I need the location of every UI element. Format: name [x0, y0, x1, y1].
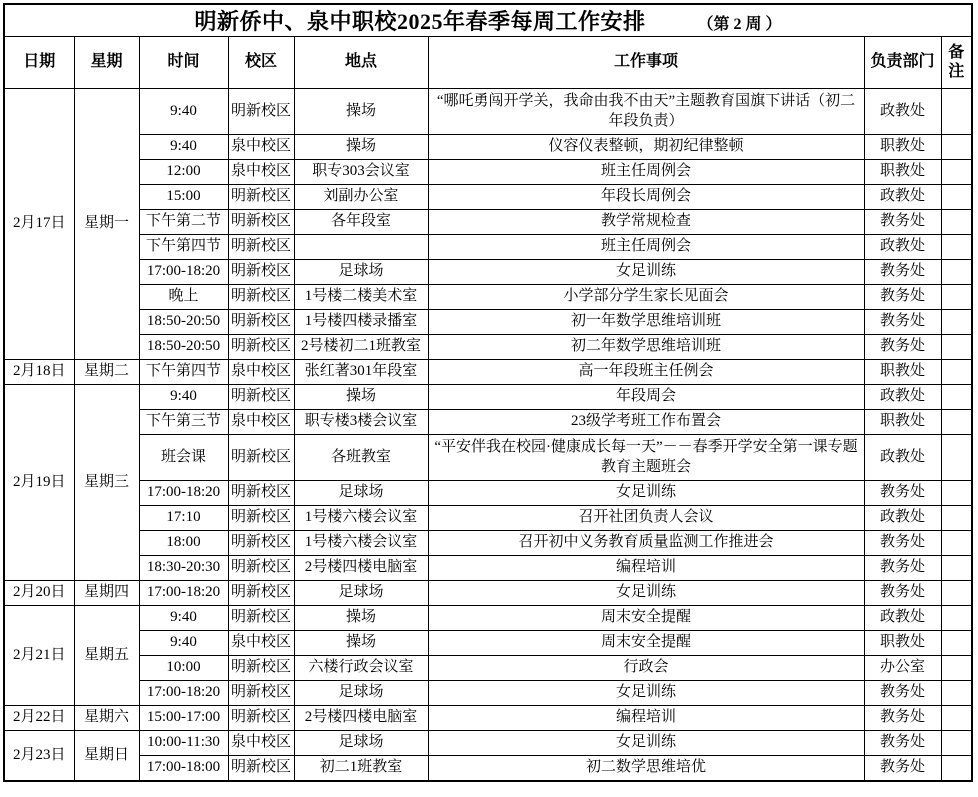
time-cell: 17:00-18:20	[139, 681, 228, 706]
dept-cell: 教务处	[864, 531, 941, 556]
campus-cell: 明新校区	[228, 531, 294, 556]
campus-cell: 泉中校区	[228, 731, 294, 756]
work-item-cell: 编程培训	[428, 706, 864, 731]
campus-cell: 明新校区	[228, 681, 294, 706]
campus-cell: 明新校区	[228, 235, 294, 260]
dept-cell: 政教处	[864, 385, 941, 410]
place-cell: 1号楼四楼录播室	[294, 310, 428, 335]
schedule-row: 2月17日星期一9:40明新校区操场“哪吒勇闯开学关，我命由我不由天”主题教育国…	[4, 89, 972, 135]
place-cell: 刘副办公室	[294, 185, 428, 210]
place-cell: 足球场	[294, 581, 428, 606]
schedule-row: 2月21日星期五9:40明新校区操场周末安全提醒政教处	[4, 606, 972, 631]
work-item-cell: 女足训练	[428, 260, 864, 285]
time-cell: 17:00-18:20	[139, 481, 228, 506]
schedule-row: 17:00-18:00明新校区初二1班教室初二数学思维培优教务处	[4, 756, 972, 782]
note-cell	[941, 631, 972, 656]
work-item-cell: “平安伴我在校园·健康成长每一天”－－春季开学安全第一课专题教育主题班会	[428, 435, 864, 481]
place-cell: 1号楼二楼美术室	[294, 285, 428, 310]
dept-cell: 教务处	[864, 756, 941, 782]
schedule-row: 17:00-18:20明新校区足球场女足训练教务处	[4, 481, 972, 506]
work-item-cell: 周末安全提醒	[428, 631, 864, 656]
schedule-row: 12:00泉中校区职专303会议室班主任周例会职教处	[4, 160, 972, 185]
work-item-cell: 年段长周例会	[428, 185, 864, 210]
note-cell	[941, 531, 972, 556]
time-cell: 15:00-17:00	[139, 706, 228, 731]
campus-cell: 明新校区	[228, 335, 294, 360]
campus-cell: 明新校区	[228, 435, 294, 481]
schedule-row: 18:30-20:30明新校区2号楼四楼电脑室编程培训教务处	[4, 556, 972, 581]
schedule-row: 18:50-20:50明新校区2号楼初二1班教室初二年数学思维培训班教务处	[4, 335, 972, 360]
dept-cell: 职教处	[864, 631, 941, 656]
title-week-text: （第 2 周 ）	[698, 16, 782, 33]
date-cell: 2月21日	[4, 606, 74, 706]
weekday-cell: 星期日	[74, 731, 139, 782]
date-cell: 2月23日	[4, 731, 74, 782]
place-cell: 职专楼3楼会议室	[294, 410, 428, 435]
note-cell	[941, 681, 972, 706]
campus-cell: 明新校区	[228, 581, 294, 606]
time-cell: 17:00-18:20	[139, 581, 228, 606]
work-item-cell: 召开社团负责人会议	[428, 506, 864, 531]
campus-cell: 明新校区	[228, 656, 294, 681]
note-cell	[941, 135, 972, 160]
note-cell	[941, 656, 972, 681]
dept-cell: 职教处	[864, 360, 941, 385]
place-cell: 张红著301年段室	[294, 360, 428, 385]
time-cell: 下午第三节	[139, 410, 228, 435]
schedule-row: 18:50-20:50明新校区1号楼四楼录播室初一年数学思维培训班教务处	[4, 310, 972, 335]
header-row: 日期 星期 时间 校区 地点 工作事项 负责部门 备注	[4, 37, 972, 89]
schedule-row: 班会课明新校区各班教室“平安伴我在校园·健康成长每一天”－－春季开学安全第一课专…	[4, 435, 972, 481]
dept-cell: 政教处	[864, 235, 941, 260]
date-cell: 2月17日	[4, 89, 74, 360]
note-cell	[941, 185, 972, 210]
dept-cell: 政教处	[864, 606, 941, 631]
dept-cell: 教务处	[864, 310, 941, 335]
campus-cell: 明新校区	[228, 706, 294, 731]
place-cell: 操场	[294, 631, 428, 656]
place-cell: 各年段室	[294, 210, 428, 235]
note-cell	[941, 506, 972, 531]
work-item-cell: 行政会	[428, 656, 864, 681]
note-cell	[941, 285, 972, 310]
schedule-row: 17:00-18:20明新校区足球场女足训练教务处	[4, 681, 972, 706]
dept-cell: 职教处	[864, 135, 941, 160]
place-cell: 操场	[294, 606, 428, 631]
campus-cell: 明新校区	[228, 185, 294, 210]
work-item-cell: 班主任周例会	[428, 235, 864, 260]
place-cell: 初二1班教室	[294, 756, 428, 782]
weekday-cell: 星期二	[74, 360, 139, 385]
date-cell: 2月20日	[4, 581, 74, 606]
date-cell: 2月18日	[4, 360, 74, 385]
note-cell	[941, 731, 972, 756]
time-cell: 12:00	[139, 160, 228, 185]
dept-cell: 教务处	[864, 481, 941, 506]
dept-cell: 教务处	[864, 285, 941, 310]
time-cell: 15:00	[139, 185, 228, 210]
column-header-campus: 校区	[228, 37, 294, 89]
campus-cell: 泉中校区	[228, 135, 294, 160]
campus-cell: 明新校区	[228, 210, 294, 235]
campus-cell: 明新校区	[228, 385, 294, 410]
schedule-row: 2月20日星期四17:00-18:20明新校区足球场女足训练教务处	[4, 581, 972, 606]
schedule-row: 下午第二节明新校区各年段室教学常规检查教务处	[4, 210, 972, 235]
time-cell: 9:40	[139, 89, 228, 135]
note-cell	[941, 410, 972, 435]
time-cell: 18:50-20:50	[139, 335, 228, 360]
place-cell: 各班教室	[294, 435, 428, 481]
work-item-cell: 初一年数学思维培训班	[428, 310, 864, 335]
dept-cell: 教务处	[864, 210, 941, 235]
column-header-time: 时间	[139, 37, 228, 89]
column-header-department: 负责部门	[864, 37, 941, 89]
place-cell: 足球场	[294, 260, 428, 285]
column-header-place: 地点	[294, 37, 428, 89]
weekday-cell: 星期三	[74, 385, 139, 581]
time-cell: 9:40	[139, 631, 228, 656]
schedule-row: 2月23日星期日10:00-11:30泉中校区足球场女足训练教务处	[4, 731, 972, 756]
note-cell	[941, 706, 972, 731]
campus-cell: 明新校区	[228, 756, 294, 782]
schedule-row: 9:40泉中校区操场仪容仪表整顿，期初纪律整顿职教处	[4, 135, 972, 160]
work-item-cell: “哪吒勇闯开学关，我命由我不由天”主题教育国旗下讲话（初二年段负责）	[428, 89, 864, 135]
place-cell: 足球场	[294, 481, 428, 506]
dept-cell: 教务处	[864, 706, 941, 731]
work-item-cell: 年段周会	[428, 385, 864, 410]
schedule-row: 17:00-18:20明新校区足球场女足训练教务处	[4, 260, 972, 285]
dept-cell: 教务处	[864, 581, 941, 606]
time-cell: 晚上	[139, 285, 228, 310]
time-cell: 9:40	[139, 606, 228, 631]
schedule-row: 2月19日星期三9:40明新校区操场年段周会政教处	[4, 385, 972, 410]
dept-cell: 职教处	[864, 160, 941, 185]
note-cell	[941, 556, 972, 581]
weekday-cell: 星期六	[74, 706, 139, 731]
note-cell	[941, 160, 972, 185]
note-cell	[941, 385, 972, 410]
work-item-cell: 召开初中义务教育质量监测工作推进会	[428, 531, 864, 556]
campus-cell: 泉中校区	[228, 631, 294, 656]
date-cell: 2月22日	[4, 706, 74, 731]
campus-cell: 泉中校区	[228, 410, 294, 435]
note-cell	[941, 581, 972, 606]
dept-cell: 政教处	[864, 506, 941, 531]
weekly-work-schedule-table: 明新侨中、泉中职校2025年春季每周工作安排（第 2 周 ） 日期 星期 时间 …	[3, 3, 973, 782]
schedule-row: 晚上明新校区1号楼二楼美术室小学部分学生家长见面会教务处	[4, 285, 972, 310]
dept-cell: 政教处	[864, 89, 941, 135]
place-cell: 1号楼六楼会议室	[294, 531, 428, 556]
work-item-cell: 女足训练	[428, 481, 864, 506]
campus-cell: 明新校区	[228, 606, 294, 631]
schedule-row: 2月22日星期六15:00-17:00明新校区2号楼四楼电脑室编程培训教务处	[4, 706, 972, 731]
work-item-cell: 周末安全提醒	[428, 606, 864, 631]
note-cell	[941, 310, 972, 335]
time-cell: 9:40	[139, 385, 228, 410]
work-item-cell: 高一年段班主任例会	[428, 360, 864, 385]
date-cell: 2月19日	[4, 385, 74, 581]
note-cell	[941, 606, 972, 631]
title-main-text: 明新侨中、泉中职校2025年春季每周工作安排	[195, 9, 646, 34]
time-cell: 9:40	[139, 135, 228, 160]
note-cell	[941, 435, 972, 481]
work-item-cell: 初二数学思维培优	[428, 756, 864, 782]
column-header-note: 备注	[941, 37, 972, 89]
schedule-row: 9:40泉中校区操场周末安全提醒职教处	[4, 631, 972, 656]
campus-cell: 明新校区	[228, 310, 294, 335]
time-cell: 18:50-20:50	[139, 310, 228, 335]
dept-cell: 职教处	[864, 410, 941, 435]
place-cell: 足球场	[294, 681, 428, 706]
time-cell: 班会课	[139, 435, 228, 481]
note-cell	[941, 756, 972, 782]
place-cell: 职专303会议室	[294, 160, 428, 185]
work-item-cell: 仪容仪表整顿，期初纪律整顿	[428, 135, 864, 160]
time-cell: 17:00-18:20	[139, 260, 228, 285]
campus-cell: 明新校区	[228, 285, 294, 310]
time-cell: 下午第四节	[139, 360, 228, 385]
work-item-cell: 小学部分学生家长见面会	[428, 285, 864, 310]
column-header-work-item: 工作事项	[428, 37, 864, 89]
schedule-row: 15:00明新校区刘副办公室年段长周例会政教处	[4, 185, 972, 210]
dept-cell: 办公室	[864, 656, 941, 681]
title-row: 明新侨中、泉中职校2025年春季每周工作安排（第 2 周 ）	[4, 4, 972, 37]
work-item-cell: 教学常规检查	[428, 210, 864, 235]
note-cell	[941, 360, 972, 385]
place-cell: 2号楼初二1班教室	[294, 335, 428, 360]
dept-cell: 教务处	[864, 335, 941, 360]
campus-cell: 明新校区	[228, 506, 294, 531]
place-cell: 足球场	[294, 731, 428, 756]
time-cell: 10:00-11:30	[139, 731, 228, 756]
work-item-cell: 女足训练	[428, 731, 864, 756]
weekday-cell: 星期五	[74, 606, 139, 706]
work-item-cell: 编程培训	[428, 556, 864, 581]
dept-cell: 教务处	[864, 681, 941, 706]
note-cell	[941, 89, 972, 135]
dept-cell: 政教处	[864, 435, 941, 481]
time-cell: 18:30-20:30	[139, 556, 228, 581]
schedule-row: 下午第三节泉中校区职专楼3楼会议室23级学考班工作布置会职教处	[4, 410, 972, 435]
note-cell	[941, 335, 972, 360]
campus-cell: 泉中校区	[228, 160, 294, 185]
time-cell: 10:00	[139, 656, 228, 681]
work-item-cell: 班主任周例会	[428, 160, 864, 185]
dept-cell: 政教处	[864, 185, 941, 210]
time-cell: 下午第四节	[139, 235, 228, 260]
note-cell	[941, 481, 972, 506]
dept-cell: 教务处	[864, 731, 941, 756]
dept-cell: 教务处	[864, 260, 941, 285]
time-cell: 17:00-18:00	[139, 756, 228, 782]
campus-cell: 泉中校区	[228, 360, 294, 385]
time-cell: 18:00	[139, 531, 228, 556]
campus-cell: 明新校区	[228, 481, 294, 506]
time-cell: 17:10	[139, 506, 228, 531]
place-cell: 2号楼四楼电脑室	[294, 706, 428, 731]
place-cell: 2号楼四楼电脑室	[294, 556, 428, 581]
work-item-cell: 女足训练	[428, 681, 864, 706]
schedule-row: 下午第四节明新校区班主任周例会政教处	[4, 235, 972, 260]
place-cell: 六楼行政会议室	[294, 656, 428, 681]
place-cell	[294, 235, 428, 260]
campus-cell: 明新校区	[228, 89, 294, 135]
schedule-row: 2月18日星期二下午第四节泉中校区张红著301年段室高一年段班主任例会职教处	[4, 360, 972, 385]
work-item-cell: 23级学考班工作布置会	[428, 410, 864, 435]
place-cell: 操场	[294, 135, 428, 160]
dept-cell: 教务处	[864, 556, 941, 581]
campus-cell: 明新校区	[228, 260, 294, 285]
schedule-row: 17:10明新校区1号楼六楼会议室召开社团负责人会议政教处	[4, 506, 972, 531]
table-title: 明新侨中、泉中职校2025年春季每周工作安排（第 2 周 ）	[4, 4, 972, 37]
schedule-row: 10:00明新校区六楼行政会议室行政会办公室	[4, 656, 972, 681]
weekday-cell: 星期四	[74, 581, 139, 606]
place-cell: 1号楼六楼会议室	[294, 506, 428, 531]
work-item-cell: 女足训练	[428, 581, 864, 606]
work-item-cell: 初二年数学思维培训班	[428, 335, 864, 360]
weekday-cell: 星期一	[74, 89, 139, 360]
note-cell	[941, 210, 972, 235]
note-cell	[941, 260, 972, 285]
note-cell	[941, 235, 972, 260]
place-cell: 操场	[294, 385, 428, 410]
campus-cell: 明新校区	[228, 556, 294, 581]
schedule-body: 2月17日星期一9:40明新校区操场“哪吒勇闯开学关，我命由我不由天”主题教育国…	[4, 89, 972, 782]
column-header-weekday: 星期	[74, 37, 139, 89]
column-header-date: 日期	[4, 37, 74, 89]
place-cell: 操场	[294, 89, 428, 135]
time-cell: 下午第二节	[139, 210, 228, 235]
schedule-row: 18:00明新校区1号楼六楼会议室召开初中义务教育质量监测工作推进会教务处	[4, 531, 972, 556]
